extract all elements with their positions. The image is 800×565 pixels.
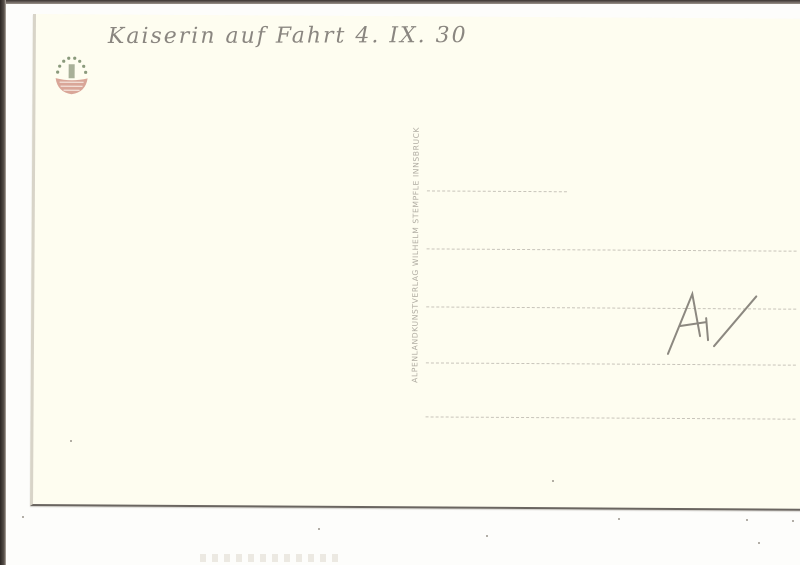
address-line-5 [426, 416, 796, 419]
publisher-logo-icon [52, 52, 92, 96]
scan-edge-top [0, 0, 800, 4]
scan-edge-left [0, 0, 6, 565]
address-line-1 [427, 190, 567, 192]
postcard-back: Kaiserin auf Fahrt 4. IX. 30 ALPENLANDKU… [30, 14, 800, 511]
address-line-2 [427, 248, 797, 251]
publisher-imprint-text: ALPENLANDKUNSTVERLAG WILHELM STEMPFLE IN… [410, 126, 421, 382]
bottom-smudge [200, 554, 340, 562]
publisher-imprint: ALPENLANDKUNSTVERLAG WILHELM STEMPFLE IN… [405, 44, 426, 464]
address-line-4 [426, 362, 796, 365]
handwritten-signature [662, 288, 772, 359]
